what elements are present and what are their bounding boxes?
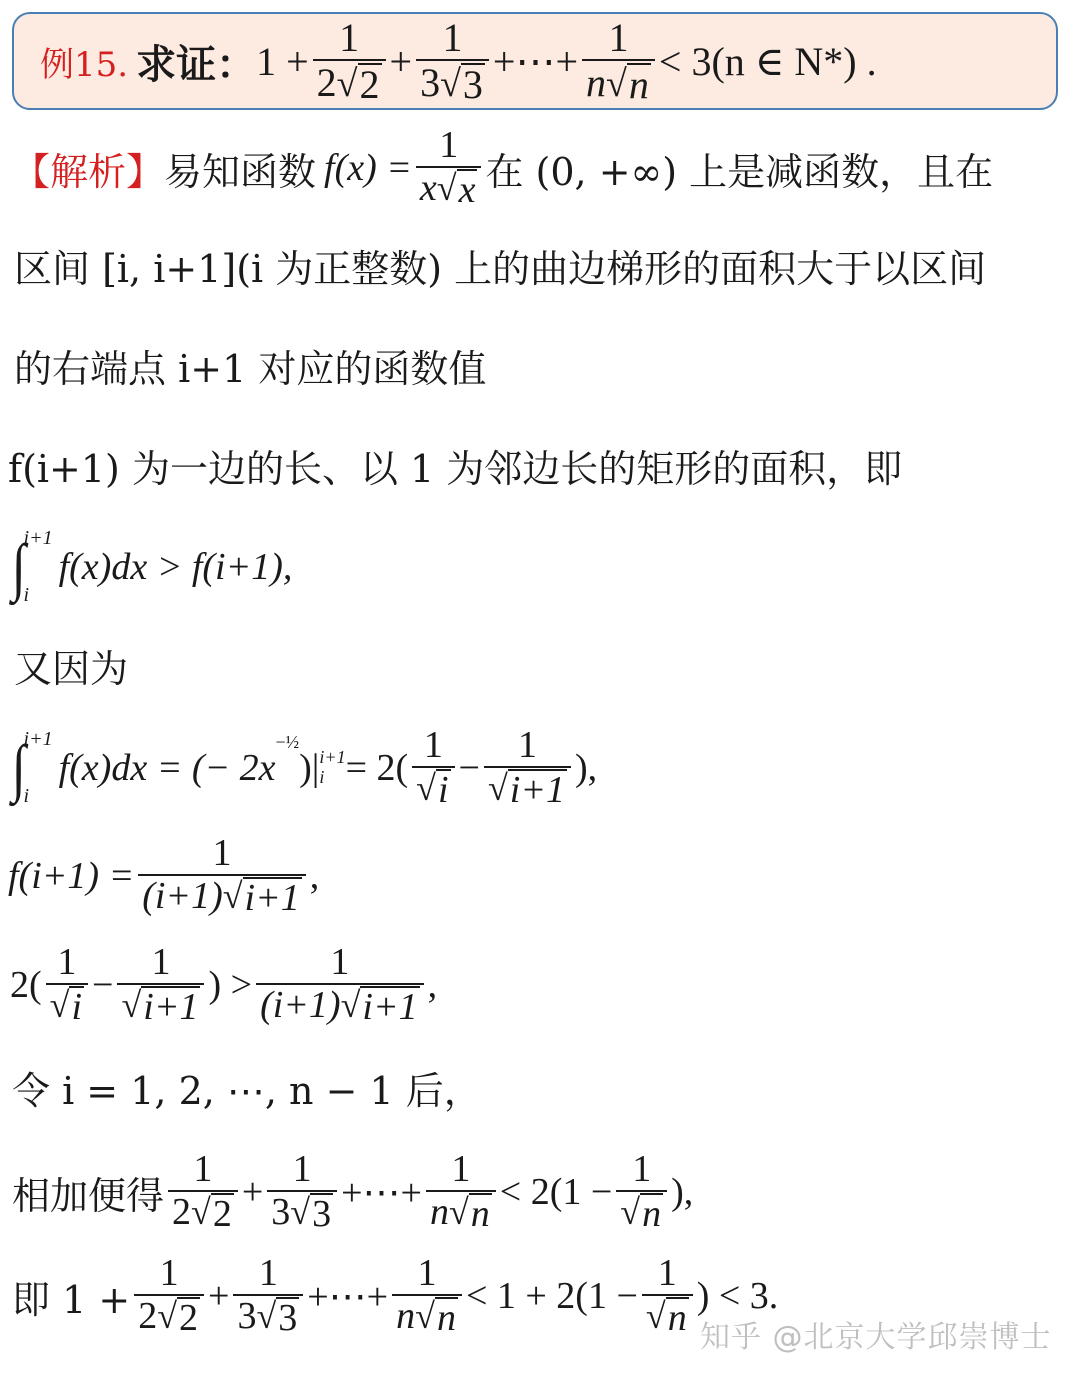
eval-lower: i	[319, 768, 345, 788]
lead: 2(	[10, 963, 42, 1007]
fraction-term-1: 1 2√2	[313, 17, 386, 106]
numerator: 1	[289, 1150, 316, 1190]
antiderivative: f(x)dx = (− 2x	[59, 746, 276, 790]
upper-limit: i+1	[24, 728, 53, 751]
analysis-tag: 【解析】	[12, 141, 164, 196]
minus-sign: −	[92, 963, 113, 1007]
radicand: 3	[310, 1193, 333, 1233]
radicand: n	[469, 1193, 492, 1233]
radicand: 2	[177, 1297, 200, 1337]
numerator: 1	[628, 1150, 655, 1190]
fraction: 1 √i+1	[484, 726, 571, 810]
numerator: 1	[435, 126, 462, 166]
fraction-term-n: 1 n√n	[392, 1254, 462, 1338]
denominator-coef: 3	[420, 60, 440, 105]
problem-statement: 例15. 求证： 1 + 1 2√2 + 1 3√3 +⋯+ 1 n√n < 3…	[40, 18, 877, 104]
ellipsis-plus: +⋯+	[493, 38, 578, 85]
radicand: i+1	[243, 877, 302, 917]
comma: ,	[310, 854, 320, 898]
radicand: n	[640, 1193, 663, 1233]
plus-sign: +	[242, 1170, 263, 1214]
ellipsis-plus: +⋯+	[341, 1170, 422, 1215]
analysis-line-3: 的右端点 i+1 对应的函数值	[14, 340, 486, 390]
denominator-coef: 3	[237, 1295, 256, 1337]
text: 又因为	[14, 638, 128, 693]
numerator: 1	[604, 17, 632, 59]
numerator: 1	[335, 17, 363, 59]
lower-limit: i	[24, 584, 53, 607]
analysis-line-1: 【解析】 易知函数 f(x) = 1 x√x 在 (0, +∞) 上是减函数，且…	[12, 128, 993, 208]
eval-bar: )|	[299, 746, 319, 790]
exponent: −½	[276, 732, 300, 753]
integral-inequality: ∫ i+1i f(x)dx > f(i+1),	[10, 522, 292, 612]
numerator: 1	[414, 1254, 441, 1294]
fraction: 1 √i	[46, 943, 88, 1027]
fraction-term-2: 1 3√3	[416, 17, 489, 106]
upper-limit: i+1	[24, 527, 53, 550]
lower-limit: i	[24, 785, 53, 808]
integral-sign: ∫ i+1i	[10, 728, 53, 808]
numerator: 1	[420, 726, 447, 766]
radicand: i	[69, 986, 84, 1026]
text: 令 i = 1, 2, ⋯, n − 1 后，	[12, 1060, 482, 1115]
fraction: 1 (i+1)√i+1	[138, 834, 306, 918]
greater-than: ) >	[208, 963, 252, 1007]
radicand: n	[435, 1297, 458, 1337]
integral-evaluation: ∫ i+1i f(x)dx = (− 2x −½ )| i+1i = 2( 1 …	[10, 722, 597, 814]
text: 即 1 +	[12, 1269, 130, 1324]
radicand: 2	[211, 1193, 234, 1233]
denominator-coef: 3	[271, 1191, 290, 1233]
fraction: 1 √n	[642, 1254, 693, 1338]
example-label: 例15.	[40, 37, 128, 86]
f-value-equation: f(i+1) = 1 (i+1)√i+1 ,	[8, 834, 319, 918]
text: 区间 [i, i+1](i 为正整数) 上的曲边梯形的面积大于以区间	[14, 238, 986, 293]
radicand: x	[457, 169, 478, 209]
function-fraction: 1 x√x	[416, 126, 482, 210]
numerator: 1	[208, 834, 235, 874]
denominator-coef: n	[430, 1191, 449, 1233]
watermark: 知乎 @北京大学邱崇博士	[700, 1312, 1052, 1356]
denominator-coef: x	[420, 167, 437, 209]
plus-sign: +	[390, 38, 413, 85]
because-line: 又因为	[14, 640, 128, 690]
fraction: 1 √i	[412, 726, 454, 810]
radicand: i+1	[508, 769, 567, 809]
minus-sign: −	[459, 746, 480, 790]
fraction: 1 (i+1)√i+1	[256, 943, 424, 1027]
equals-two: = 2(	[346, 746, 409, 790]
integral-sign: ∫ i+1i	[10, 527, 53, 607]
radicand: 3	[276, 1297, 299, 1337]
analysis-line-2: 区间 [i, i+1](i 为正整数) 上的曲边梯形的面积大于以区间	[14, 240, 986, 290]
final-inequality: 即 1 + 1 2√2 + 1 3√3 +⋯+ 1 n√n < 1 + 2(1 …	[12, 1250, 778, 1342]
numerator: 1	[654, 1254, 681, 1294]
radicand: n	[666, 1297, 689, 1337]
ellipsis-plus: +⋯+	[307, 1274, 388, 1319]
statement-lead: 1 +	[256, 38, 309, 85]
fraction-term-2: 1 3√3	[267, 1150, 337, 1234]
text: 易知函数	[164, 141, 316, 196]
denominator-coef: 2	[138, 1295, 157, 1337]
radicand: n	[627, 63, 651, 105]
fraction-term-1: 1 2√2	[168, 1150, 238, 1234]
analysis-line-4: f(i+1) 为一边的长、以 1 为邻边长的矩形的面积，即	[8, 440, 902, 490]
text: 的右端点 i+1 对应的函数值	[14, 338, 486, 393]
numerator: 1	[53, 943, 80, 983]
comma: ,	[428, 963, 438, 1007]
close: ),	[671, 1170, 693, 1214]
radicand: 2	[358, 63, 382, 105]
eval-upper: i+1	[319, 748, 345, 768]
let-line: 令 i = 1, 2, ⋯, n − 1 后，	[12, 1062, 482, 1112]
fraction-term-2: 1 3√3	[233, 1254, 303, 1338]
numerator: 1	[255, 1254, 282, 1294]
text: 相加便得	[12, 1165, 164, 1220]
numerator: 1	[326, 943, 353, 983]
denominator-pre: (i+1)	[142, 875, 223, 917]
fraction-term-n: 1 n√n	[426, 1150, 496, 1234]
numerator: 1	[156, 1254, 183, 1294]
fraction: 1 √n	[616, 1150, 667, 1234]
function-def: f(x) =	[324, 146, 412, 190]
close-paren: ),	[575, 746, 597, 790]
radicand: 3	[461, 63, 485, 105]
denominator-pre: (i+1)	[260, 984, 341, 1026]
numerator: 1	[147, 943, 174, 983]
denominator-coef: n	[586, 60, 606, 105]
statement-tail: < 3(n ∈ N*) .	[659, 38, 877, 85]
numerator: 1	[189, 1150, 216, 1190]
denominator-coef: 2	[317, 60, 337, 105]
rhs: < 1 + 2(1 −	[466, 1274, 638, 1318]
rhs: < 2(1 −	[500, 1170, 613, 1214]
denominator-coef: 2	[172, 1191, 191, 1233]
numerator: 1	[514, 726, 541, 766]
radicand: i+1	[360, 986, 419, 1026]
fraction-term-n: 1 n√n	[582, 17, 655, 106]
text: 在 (0, +∞) 上是减函数，且在	[485, 141, 993, 196]
text: f(i+1) 为一边的长、以 1 为邻边长的矩形的面积，即	[8, 438, 902, 493]
lhs: f(i+1) =	[8, 854, 134, 898]
radicand: i+1	[141, 986, 200, 1026]
radicand: i	[436, 769, 451, 809]
fraction-term-1: 1 2√2	[134, 1254, 204, 1338]
key-inequality: 2( 1 √i − 1 √i+1 ) > 1 (i+1)√i+1 ,	[10, 940, 437, 1030]
numerator: 1	[438, 17, 466, 59]
plus-sign: +	[208, 1274, 229, 1318]
prove-label: 求证：	[136, 33, 256, 90]
fraction: 1 √i+1	[117, 943, 204, 1027]
sum-inequality: 相加便得 1 2√2 + 1 3√3 +⋯+ 1 n√n < 2(1 − 1 √…	[12, 1146, 693, 1238]
denominator-coef: n	[396, 1295, 415, 1337]
numerator: 1	[447, 1150, 474, 1190]
inequality-body: f(x)dx > f(i+1),	[59, 545, 293, 589]
